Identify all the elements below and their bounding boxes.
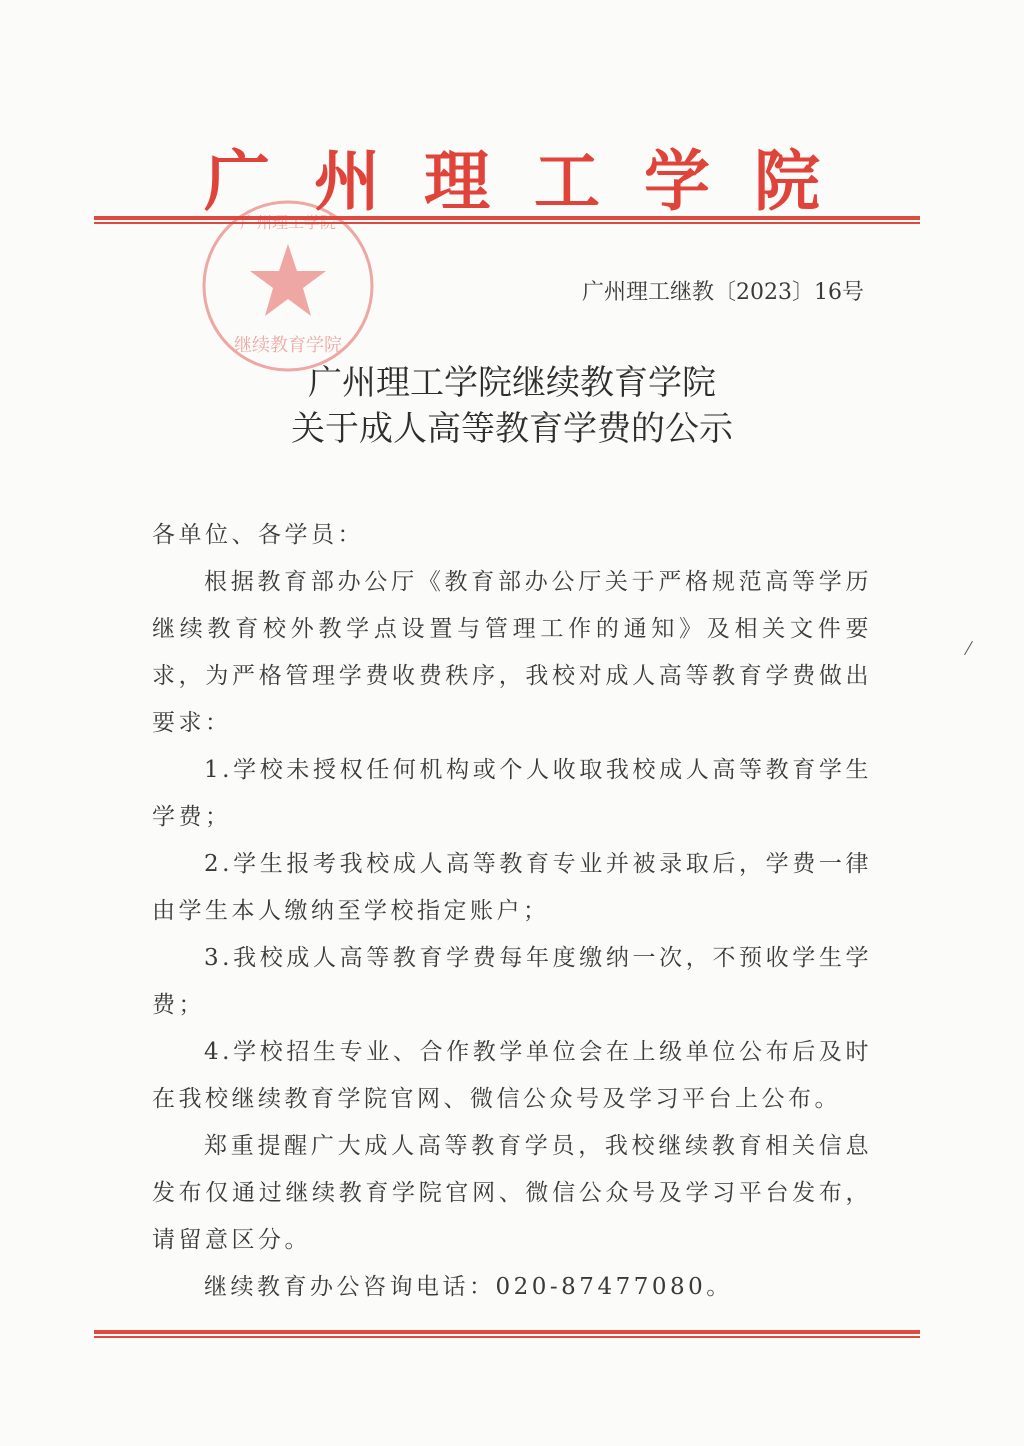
item-1: 1.学校未授权任何机构或个人收取我校成人高等教育学生学费； bbox=[152, 747, 872, 841]
intro-paragraph: 根据教育部办公厅《教育部办公厅关于严格规范高等学历继续教育校外教学点设置与管理工… bbox=[152, 559, 872, 747]
scan-mark bbox=[964, 641, 973, 655]
document-number: 广州理工继教〔2023〕16号 bbox=[582, 275, 864, 306]
document-title: 广州理工学院继续教育学院 关于成人高等教育学费的公示 bbox=[0, 360, 1024, 452]
footer-divider bbox=[94, 1330, 920, 1338]
official-seal-icon: 继续教育学院 广州理工学院 bbox=[198, 196, 378, 376]
institution-masthead: 广州理工学院 bbox=[0, 128, 1024, 223]
svg-text:继续教育学院: 继续教育学院 bbox=[234, 335, 342, 356]
contact-line: 继续教育办公咨询电话：020-87477080。 bbox=[152, 1264, 872, 1311]
item-3: 3.我校成人高等教育学费每年度缴纳一次，不预收学生学费； bbox=[152, 935, 872, 1029]
item-4: 4.学校招生专业、合作教学单位会在上级单位公布后及时在我校继续教育学院官网、微信… bbox=[152, 1029, 872, 1123]
svg-text:广州理工学院: 广州理工学院 bbox=[240, 213, 336, 232]
item-2: 2.学生报考我校成人高等教育专业并被录取后，学费一律由学生本人缴纳至学校指定账户… bbox=[152, 841, 872, 935]
title-line-1: 广州理工学院继续教育学院 bbox=[0, 360, 1024, 406]
salutation: 各单位、各学员： bbox=[152, 512, 872, 559]
reminder-paragraph: 郑重提醒广大成人高等教育学员，我校继续教育相关信息发布仅通过继续教育学院官网、微… bbox=[152, 1123, 872, 1264]
document-body: 各单位、各学员： 根据教育部办公厅《教育部办公厅关于严格规范高等学历继续教育校外… bbox=[152, 512, 872, 1311]
title-line-2: 关于成人高等教育学费的公示 bbox=[0, 406, 1024, 452]
